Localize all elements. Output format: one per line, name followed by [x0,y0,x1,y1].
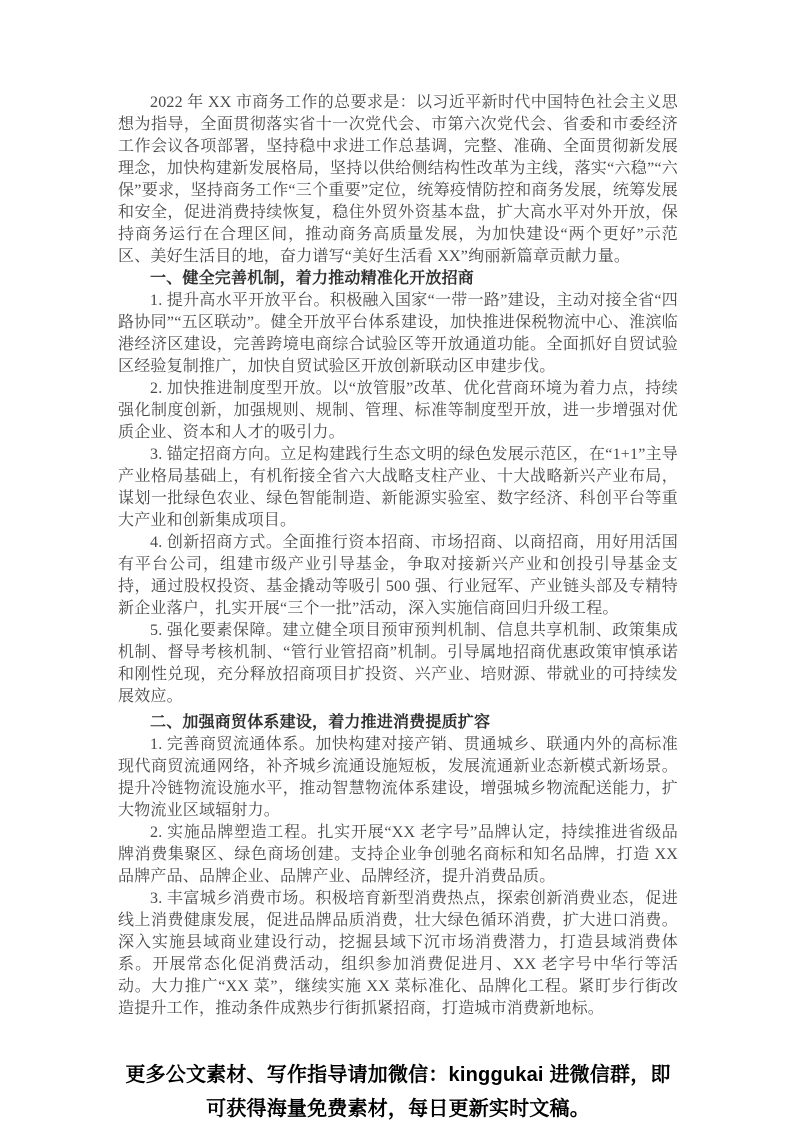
section-1-paragraph-4: 4. 创新招商方式。全面推行资本招商、市场招商、以商招商，用好用活国有平台公司，… [118,532,678,620]
section-2-paragraph-1: 1. 完善商贸流通体系。加快构建对接产销、贯通城乡、联通内外的高标准现代商贸流通… [118,734,678,822]
section-1-paragraph-5: 5. 强化要素保障。建立健全项目预审预判机制、信息共享机制、政策集成机制、督导考… [118,620,678,708]
footer-promo-text: 更多公文素材、写作指导请加微信：kinggukai 进微信群，即可获得海量免费素… [118,1058,678,1122]
section-1-paragraph-1: 1. 提升高水平开放平台。积极融入国家“一带一路”建设，主动对接全省“四路协同”… [118,290,678,378]
document-page: 2022 年 XX 市商务工作的总要求是：以习近平新时代中国特色社会主义思想为指… [0,0,793,1122]
section-2-heading: 二、加强商贸体系建设，着力推进消费提质扩容 [118,712,678,734]
section-2-paragraph-3: 3. 丰富城乡消费市场。积极培育新型消费热点，探索创新消费业态，促进线上消费健康… [118,888,678,1020]
section-1-heading: 一、健全完善机制，着力推动精准化开放招商 [118,268,678,290]
intro-paragraph: 2022 年 XX 市商务工作的总要求是：以习近平新时代中国特色社会主义思想为指… [118,92,678,268]
section-2-paragraph-2: 2. 实施品牌塑造工程。扎实开展“XX 老字号”品牌认定，持续推进省级品牌消费集… [118,822,678,888]
section-1-paragraph-2: 2. 加快推进制度型开放。以“放管服”改革、优化营商环境为着力点，持续强化制度创… [118,378,678,444]
section-1-paragraph-3: 3. 锚定招商方向。立足构建践行生态文明的绿色发展示范区，在“1+1”主导产业格… [118,444,678,532]
